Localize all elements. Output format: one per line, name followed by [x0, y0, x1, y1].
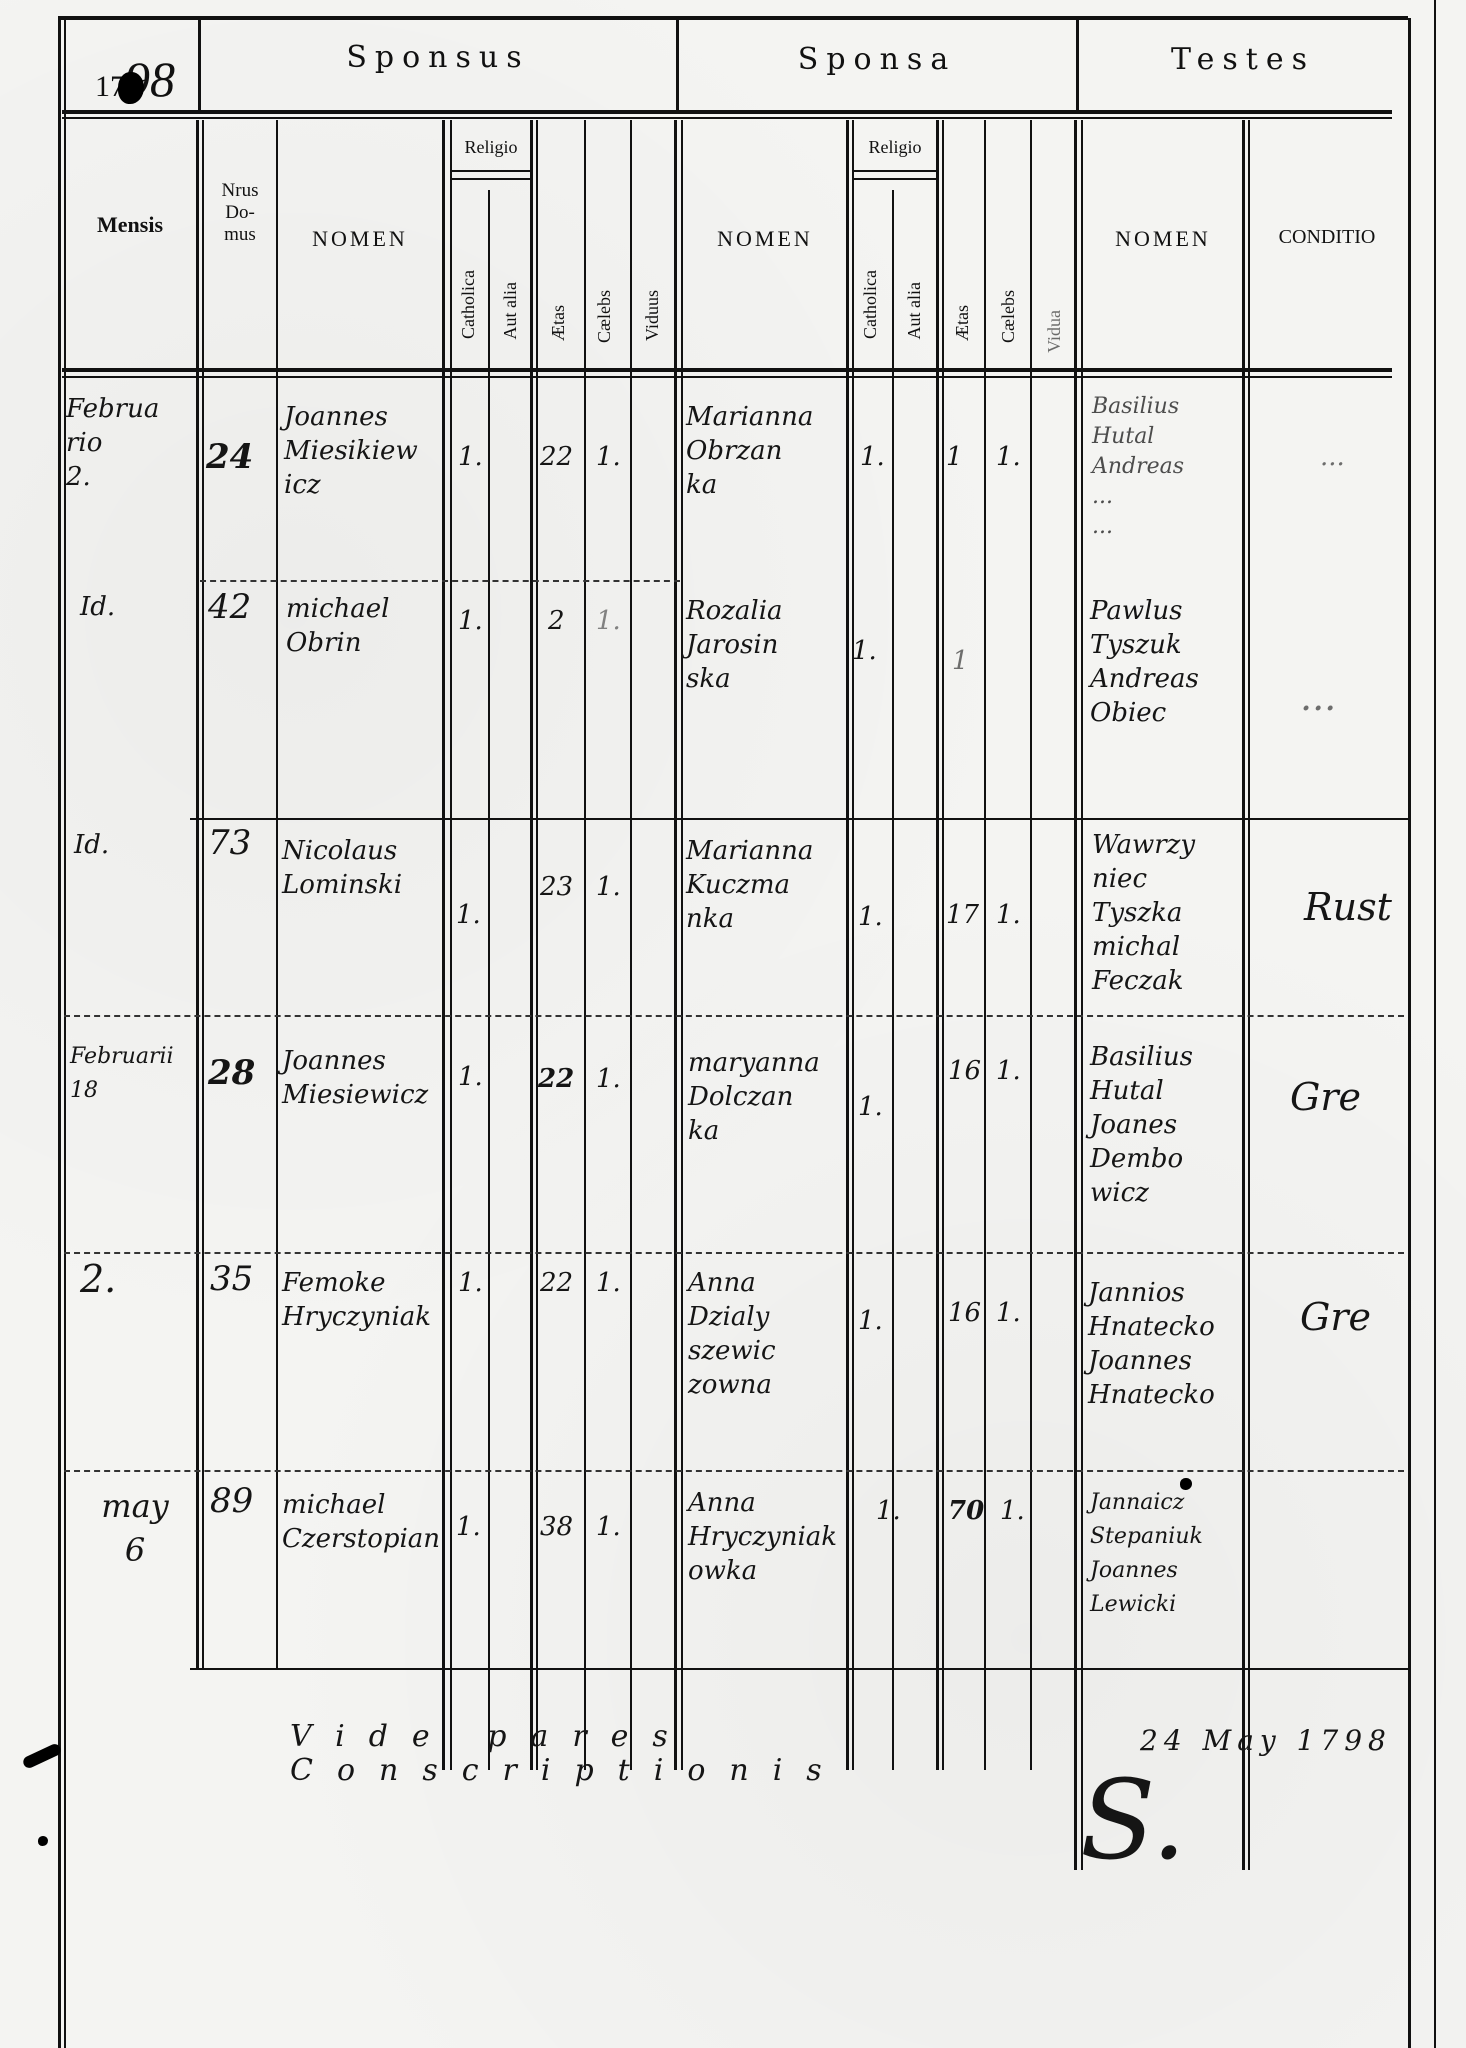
title-row-divider-2 [62, 117, 1392, 119]
row-divider-5 [64, 1470, 1404, 1472]
entry-sponsus-catholica: 1. [458, 604, 483, 638]
entry-sponsa-catholica: 1. [858, 900, 883, 934]
entry-mensis: Id. [74, 828, 109, 862]
entry-sponsa-catholica: 1. [858, 1090, 883, 1124]
entry-sponsus-nomen: Joannes Miesiewicz [282, 1044, 442, 1112]
entry-nrus-domus: 24 [206, 440, 253, 474]
col-sep-mensis [196, 120, 199, 1670]
col-sep-sponsus-cath [488, 190, 490, 1770]
entry-testes-nomen: Basilius Hutal Andreas ... ... [1092, 392, 1242, 542]
footer-note: Vide pares Conscriptionis [290, 1720, 990, 1788]
entry-sponsus-aetas: 2 [548, 604, 565, 638]
entry-sponsus-nomen: Nicolaus Lominski [282, 834, 442, 902]
religio-line-sponsa-2 [854, 178, 936, 180]
row-divider-3 [64, 1015, 1404, 1017]
entry-sponsus-catholica: 1. [458, 1266, 483, 1300]
entry-testes-conditio: ... [1320, 440, 1345, 474]
entry-sponsus-catholica: 1. [456, 898, 481, 932]
title-row-divider [62, 110, 1392, 114]
col-sep-sponsa-end-2 [1081, 120, 1083, 1870]
entry-sponsus-caelebs: 1. [596, 870, 621, 904]
entry-sponsus-caelebs: 1. [596, 1062, 621, 1096]
col-header-sponsa-aut-alia: Aut alia [904, 282, 925, 339]
group-title-sponsus: Sponsus [200, 40, 676, 75]
entry-sponsa-aetas: 1 [946, 440, 963, 474]
entry-sponsus-aetas: 38 [540, 1510, 573, 1544]
ink-stroke [21, 1742, 62, 1770]
entry-sponsus-nomen: michael Czerstopian [282, 1488, 446, 1556]
entry-nrus-domus: 89 [210, 1484, 253, 1518]
col-header-sponsa-vidua: Vidua [1044, 310, 1065, 353]
entry-sponsa-nomen: Marianna Kuczma nka [686, 834, 846, 936]
col-sep-testes-nomen-2 [1248, 120, 1250, 1870]
entry-sponsa-aetas: 16 [948, 1296, 981, 1330]
col-sep-sponsa-religio [936, 120, 939, 1770]
entry-sponsus-caelebs: 1. [596, 1266, 621, 1300]
row-divider-4 [64, 1252, 1404, 1254]
entry-sponsa-nomen: Anna Hryczyniak owka [688, 1486, 848, 1588]
entry-sponsa-aetas: 16 [948, 1054, 981, 1088]
religio-line-sponsus-2 [452, 178, 530, 180]
entry-sponsus-catholica: 1. [456, 1510, 481, 1544]
col-sep-sponsa-end [1074, 120, 1077, 1870]
col-sep-nrus [276, 120, 278, 1670]
religio-line-sponsus [452, 170, 530, 172]
entry-sponsus-nomen: Femoke Hryczyniak [282, 1266, 446, 1334]
entry-sponsus-catholica: 1. [458, 440, 483, 474]
entry-sponsa-catholica: 1. [876, 1494, 901, 1528]
entry-sponsa-caelebs: 1. [996, 1054, 1021, 1088]
col-header-sponsa-aetas: Ætas [952, 305, 973, 341]
entry-sponsa-nomen: Rozalia Jarosin ska [686, 594, 846, 696]
entry-sponsus-caelebs: 1. [596, 604, 621, 638]
col-sep-sponsus-aetas [584, 120, 586, 1770]
col-sep-sponsus-nomen-2 [450, 120, 452, 1770]
entry-sponsus-nomen: michael Obrin [286, 592, 446, 660]
col-header-testes-nomen: NOMEN [1084, 226, 1242, 252]
entry-mensis: Februa rio 2. [66, 392, 196, 494]
entry-nrus-domus: 42 [208, 590, 251, 624]
entry-sponsa-catholica: 1. [852, 634, 877, 668]
religio-line-sponsa [854, 170, 936, 172]
col-sep-sponsus-caelebs [630, 120, 632, 1770]
col-header-sponsa-catholica: Catholica [860, 270, 881, 339]
entry-sponsa-aetas: 70 [948, 1494, 984, 1528]
group-title-sponsa: Sponsa [678, 42, 1076, 77]
col-sep-sponsa-cath [892, 190, 894, 1770]
table-bottom-line [190, 1668, 1410, 1670]
col-header-sponsus-viduus: Viduus [642, 290, 663, 341]
frame-left [58, 18, 61, 2048]
col-header-sponsus-catholica: Catholica [458, 270, 479, 339]
footer-signature: S. [1080, 1760, 1186, 1880]
col-sep-mensis-2 [202, 120, 204, 1670]
entry-sponsa-caelebs: 1. [1000, 1494, 1025, 1528]
entry-testes-nomen: Jannaicz Stepaniuk Joannes Lewicki [1090, 1486, 1244, 1622]
row-divider-2 [190, 818, 1410, 820]
entry-sponsa-catholica: 1. [860, 440, 885, 474]
col-sep-sponsa-nomen-2 [852, 120, 854, 1770]
col-sep-sponsa-aetas [984, 120, 986, 1770]
frame-right-outer [1434, 0, 1436, 2048]
entry-sponsus-aetas: 22 [538, 1062, 574, 1096]
entry-mensis: 2. [80, 1262, 116, 1296]
entry-testes-conditio: Rust [1304, 890, 1392, 924]
entry-sponsa-nomen: maryanna Dolczan ka [688, 1046, 848, 1148]
col-sep-sponsa-religio-2 [942, 120, 944, 1770]
entry-sponsus-catholica: 1. [458, 1060, 483, 1094]
entry-sponsa-aetas: 1 [952, 644, 969, 678]
footer-date: 24 May 1798 [1140, 1724, 1392, 1758]
entry-sponsus-caelebs: 1. [596, 440, 621, 474]
entry-mensis: may 6 [80, 1484, 190, 1572]
entry-mensis: Februarii 18 [70, 1040, 198, 1108]
entry-testes-conditio: ... [1300, 680, 1336, 714]
col-header-testes-conditio: CONDITIO [1252, 226, 1402, 249]
frame-top [58, 16, 1408, 20]
col-header-mensis: Mensis [64, 212, 196, 238]
col-sep-sponsa-caelebs [1030, 120, 1032, 1770]
col-header-sponsus-aetas: Ætas [548, 305, 569, 341]
ink-dot [38, 1836, 48, 1846]
frame-left-inner [64, 18, 66, 2048]
entry-testes-nomen: Basilius Hutal Joanes Dembo wicz [1090, 1040, 1242, 1210]
col-sep-sponsus-religio [530, 120, 533, 1770]
row-divider-1 [200, 580, 680, 582]
entry-sponsus-aetas: 22 [540, 1266, 573, 1300]
entry-sponsa-nomen: Anna Dzialy szewic zowna [688, 1266, 848, 1402]
entry-nrus-domus: 73 [208, 826, 251, 860]
header-divider-2 [62, 376, 1392, 378]
entry-sponsa-caelebs: 1. [996, 440, 1021, 474]
header-divider [62, 368, 1392, 372]
register-page: 1798 Sponsus Sponsa Testes Mensis Nrus D… [0, 0, 1466, 2048]
col-header-sponsa-caelebs: Cælebs [998, 290, 1019, 343]
entry-nrus-domus: 28 [208, 1056, 255, 1090]
col-header-nrus-domus: Nrus Do- mus [204, 180, 276, 246]
frame-right [1408, 18, 1411, 2048]
entry-testes-conditio: Gre [1290, 1080, 1361, 1114]
entry-sponsus-nomen: Joannes Miesikiew icz [284, 400, 444, 502]
entry-sponsus-aetas: 22 [540, 440, 573, 474]
col-header-sponsus-caelebs: Cælebs [594, 290, 615, 343]
entry-nrus-domus: 35 [210, 1262, 253, 1296]
col-sep-sponsus-end [674, 120, 677, 1770]
entry-testes-nomen: Wawrzy niec Tyszka michal Feczak [1092, 828, 1242, 998]
entry-sponsa-nomen: Marianna Obrzan ka [686, 400, 846, 502]
entry-sponsa-caelebs: 1. [996, 1296, 1021, 1330]
entry-testes-nomen: Pawlus Tyszuk Andreas Obiec [1090, 594, 1242, 730]
entry-testes-nomen: Jannios Hnatecko Joannes Hnatecko [1088, 1276, 1244, 1412]
entry-testes-conditio: Gre [1300, 1300, 1371, 1334]
col-header-sponsus-aut-alia: Aut alia [500, 282, 521, 339]
group-title-testes: Testes [1078, 42, 1408, 77]
entry-sponsa-aetas: 17 [946, 898, 979, 932]
col-header-sponsus-nomen: NOMEN [278, 226, 442, 252]
col-sep-sponsus-end-2 [681, 120, 683, 1770]
entry-sponsa-catholica: 1. [858, 1304, 883, 1338]
entry-mensis: Id. [80, 590, 115, 624]
col-header-sponsus-religio: Religio [452, 136, 530, 158]
col-sep-sponsus-religio-2 [536, 120, 538, 1770]
entry-sponsus-aetas: 23 [540, 870, 573, 904]
col-header-sponsa-religio: Religio [854, 136, 936, 158]
entry-sponsa-caelebs: 1. [996, 898, 1021, 932]
col-header-sponsa-nomen: NOMEN [684, 226, 846, 252]
entry-sponsus-caelebs: 1. [596, 1510, 621, 1544]
